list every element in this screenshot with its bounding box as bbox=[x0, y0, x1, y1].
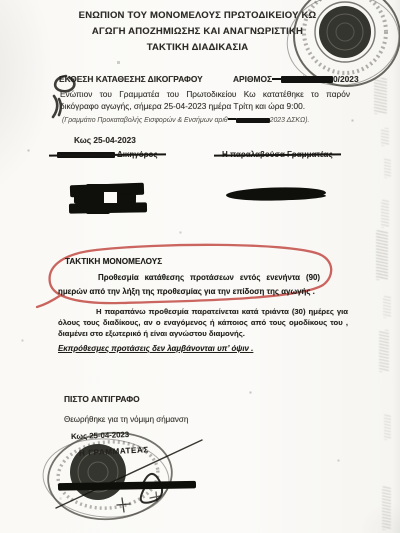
receipt-number-redaction bbox=[236, 118, 270, 123]
scan-artifact bbox=[383, 296, 391, 318]
receipt-note-pre: (Γραμμάτιο Προκαταβολής Εισφορών & Ενσήμ… bbox=[62, 117, 228, 124]
clerk-signature-label: Η παραλαβούσα Γραμματέας bbox=[222, 150, 333, 159]
filing-place-date: Κως 25-04-2023 bbox=[74, 135, 136, 145]
lawyer-role-text: Δικηγόρος bbox=[117, 150, 158, 159]
lawyer-label-struck: Δικηγόρος bbox=[57, 150, 158, 159]
case-number-redaction bbox=[281, 76, 333, 83]
receipt-note: (Γραμμάτιο Προκαταβολής Εισφορών & Ενσήμ… bbox=[62, 117, 309, 124]
lawyer-name-redaction bbox=[57, 152, 115, 158]
late-submissions-warning: Εκπρόθεσμες προτάσεις δεν λαμβάνονται υπ… bbox=[58, 344, 253, 353]
court-seal-bottom-icon bbox=[30, 428, 215, 530]
scan-speckles bbox=[0, 0, 1, 1]
scan-artifact bbox=[376, 230, 388, 280]
case-number-line: ΑΡΙΘΜΟΣ0/2023 bbox=[233, 74, 359, 84]
scan-artifact bbox=[374, 78, 387, 114]
certified-copy-title: ΠΙΣΤΟ ΑΝΤΙΓΡΑΦΟ bbox=[64, 394, 140, 404]
scan-artifact bbox=[381, 128, 389, 146]
lawyer-signature-label: Δικηγόρος bbox=[57, 150, 158, 159]
clerk-signature-redaction-blob bbox=[222, 184, 330, 204]
filing-body-paragraph: Ενώπιον του Γραμματέα του Πρωτοδικείου Κ… bbox=[60, 88, 350, 112]
strike-mark bbox=[272, 78, 281, 80]
extension-paragraph: Η παραπάνω προθεσμία παρατείνεται κατά τ… bbox=[58, 306, 348, 339]
certification-line: Θεωρήθηκε για τη νόμιμη σήμανση bbox=[64, 415, 188, 424]
order-section-title: ΤΑΚΤΙΚΗ ΜΟΝΟΜΕΛΟΥΣ bbox=[65, 257, 162, 266]
scan-artifact bbox=[381, 200, 389, 228]
lawyer-signature-redaction-blob bbox=[64, 180, 154, 222]
scan-artifact bbox=[382, 486, 391, 530]
receipt-note-post: 2023 ΔΣΚΩ). bbox=[270, 117, 310, 124]
scanned-court-document: ΕΝΩΠΙΟΝ ΤΟΥ ΜΟΝΟΜΕΛΟΥΣ ΠΡΩΤΟΔΙΚΕΙΟΥ ΚΩ Α… bbox=[0, 0, 400, 533]
scan-artifact bbox=[379, 330, 389, 372]
strike-mark bbox=[228, 118, 236, 120]
case-number-tail: 0/2023 bbox=[333, 74, 359, 84]
clerk-label-struck: Η παραλαβούσα Γραμματέας bbox=[222, 150, 333, 159]
case-number-label: ΑΡΙΘΜΟΣ bbox=[233, 74, 272, 84]
scan-artifact bbox=[384, 158, 391, 178]
scan-artifact bbox=[384, 414, 391, 440]
deadline-paragraph: Προθεσμία κατάθεσης προτάσεων εντός ενεν… bbox=[58, 271, 320, 299]
